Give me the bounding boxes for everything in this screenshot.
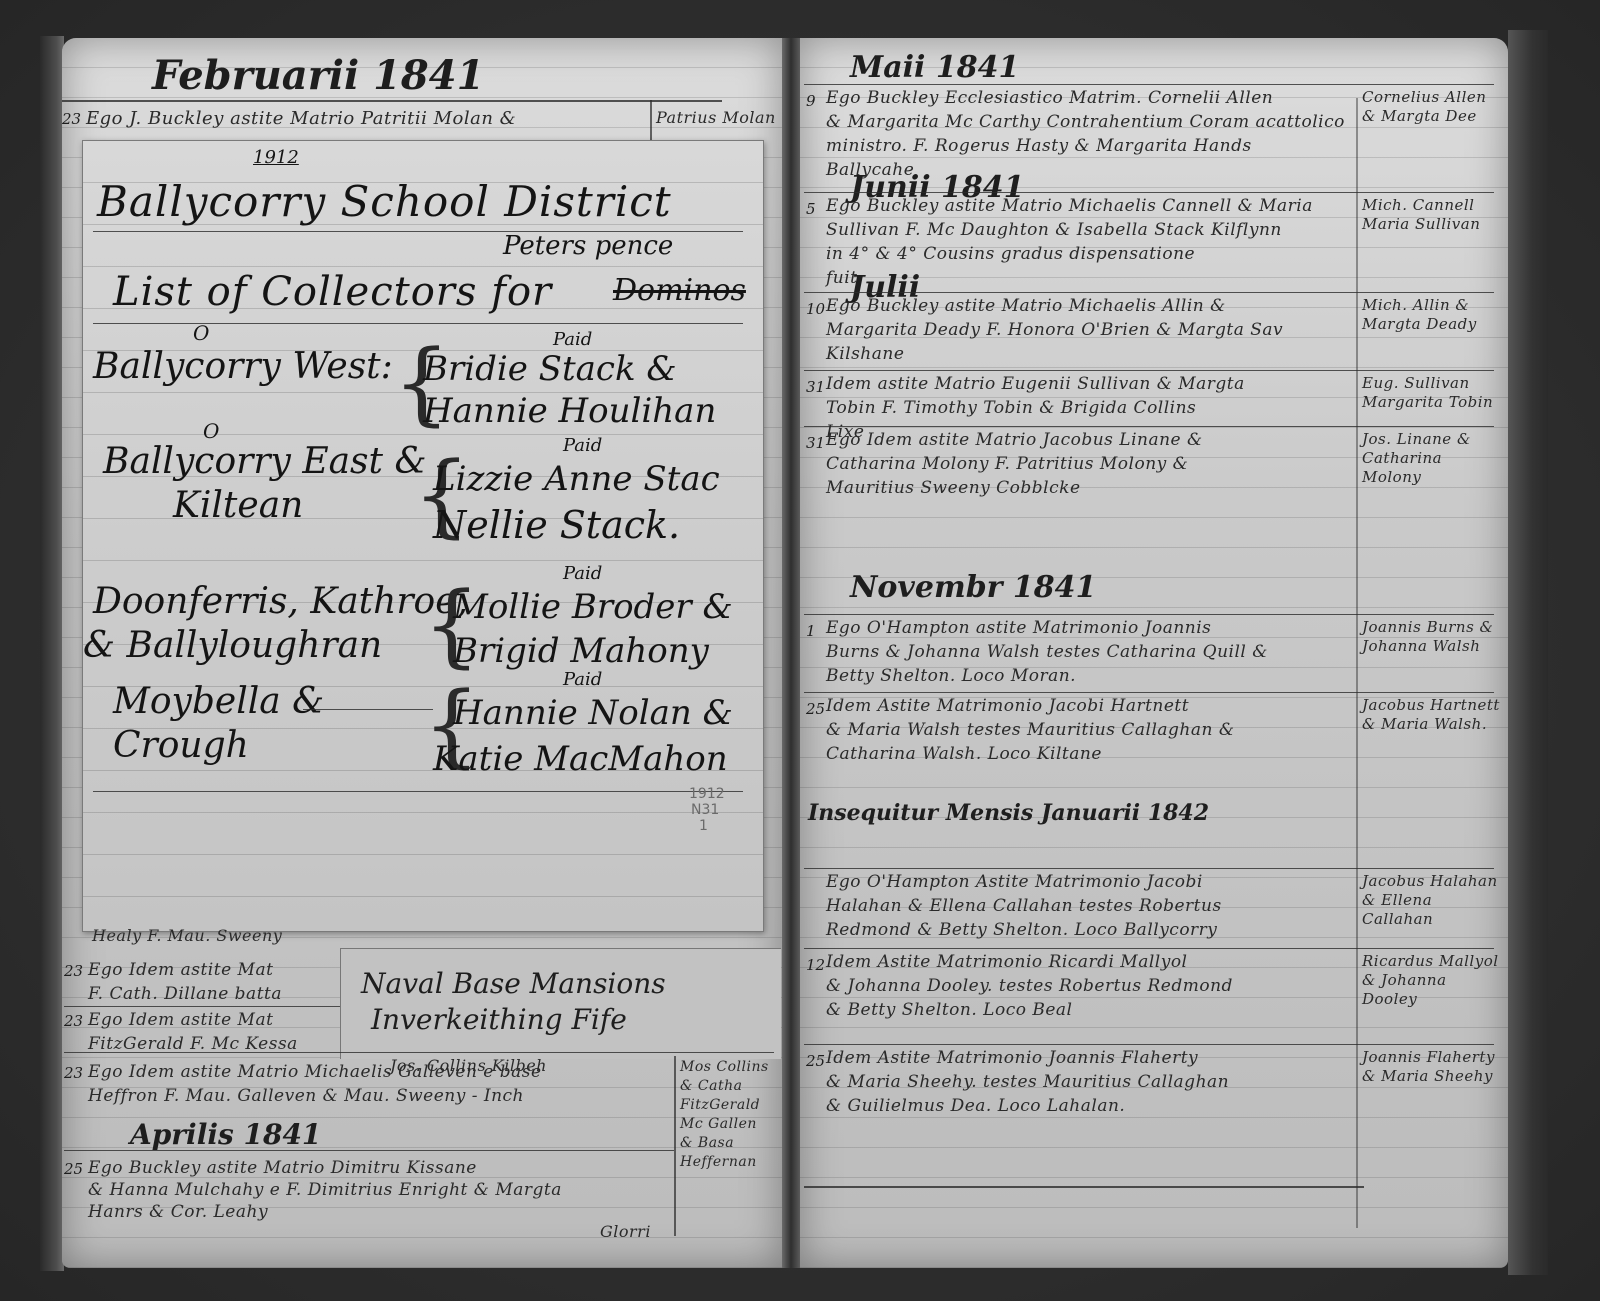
- paid-status: Paid: [563, 435, 602, 456]
- collector-name: Brigid Mahony: [453, 631, 709, 671]
- entry-day: 23: [64, 962, 83, 980]
- month-header: Insequitur Mensis Januarii 1842: [808, 800, 1209, 826]
- paid-status: Paid: [563, 563, 602, 584]
- entry-text: Ego Idem astite Mat: [88, 960, 273, 980]
- district-mark: O: [193, 321, 209, 345]
- entry-day: 25: [64, 1160, 83, 1178]
- note-line: Naval Base Mansions: [361, 967, 666, 1000]
- entry-margin-name: Patrius Molan &: [656, 108, 796, 127]
- entry-line: Kilshane: [826, 344, 904, 364]
- entry-margin-name: Mos Collins & Catha FitzGerald Mc Gallen…: [680, 1058, 770, 1172]
- entry-margin-name: Jacobus Hartnett & Maria Walsh.: [1362, 696, 1502, 734]
- entry-text: & Hanna Mulchahy e F. Dimitrius Enright …: [88, 1180, 562, 1200]
- entry-rule: [804, 868, 1494, 869]
- entry-day: 1: [806, 622, 816, 640]
- district-name-line2: & Ballyloughran: [83, 625, 382, 666]
- entry-line: Idem Astite Matrimonio Ricardi Mallyol: [826, 952, 1188, 972]
- entry-line: & Guilielmus Dea. Loco Lahalan.: [826, 1096, 1125, 1116]
- paid-status: Paid: [553, 329, 592, 350]
- margin-divider: [674, 1056, 676, 1236]
- entry-text: Ego J. Buckley astite Matrio Patritii Mo…: [86, 108, 516, 129]
- collector-name: Hannie Houlihan: [423, 391, 716, 431]
- entry-margin-name: Mich. Allin & Margta Deady: [1362, 296, 1502, 334]
- slip-inserted-text: Peters pence: [503, 231, 673, 261]
- book-gutter: [782, 38, 800, 1268]
- entry-rule: [804, 426, 1494, 427]
- entry-line: Idem Astite Matrimonio Joannis Flaherty: [826, 1048, 1198, 1068]
- entry-margin-name: Joannis Burns & Johanna Walsh: [1362, 618, 1502, 656]
- subtitle-underline: [93, 323, 743, 324]
- collector-name: Lizzie Anne Stac: [433, 459, 720, 499]
- entry-day: 25: [806, 700, 825, 718]
- connector-line: [303, 709, 433, 710]
- entry-line: & Johanna Dooley. testes Robertus Redmon…: [826, 976, 1233, 996]
- entry-text: F. Cath. Dillane batta: [88, 984, 282, 1004]
- entry-line: Ego O'Hampton Astite Matrimonio Jacobi: [826, 872, 1203, 892]
- month-header-aprilis: Aprilis 1841: [130, 1118, 321, 1151]
- district-name: Ballycorry East &: [103, 441, 427, 482]
- pasted-collectors-slip: 1912 Ballycorry School District Peters p…: [82, 140, 764, 932]
- entry-line: Tobin F. Timothy Tobin & Brigida Collins: [826, 398, 1196, 418]
- entry-line: & Betty Shelton. Loco Beal: [826, 1000, 1072, 1020]
- entry-line: Ego Buckley astite Matrio Michaelis Alli…: [826, 296, 1226, 316]
- district-name-line2: Crough: [113, 725, 249, 766]
- entry-margin-name: Mich. Cannell Maria Sullivan: [1362, 196, 1502, 234]
- paid-status: Paid: [563, 669, 602, 690]
- entry-rule: [804, 192, 1494, 193]
- collector-name: Nellie Stack.: [433, 503, 680, 547]
- month-header-februarii: Februarii 1841: [152, 52, 484, 99]
- entry-line: Idem astite Matrio Eugenii Sullivan & Ma…: [826, 374, 1245, 394]
- entry-rule: [804, 370, 1494, 371]
- closing-rule: [804, 1186, 1364, 1188]
- entry-text: Ego Buckley astite Matrio Dimitru Kissan…: [88, 1158, 477, 1178]
- entry-day: 23: [62, 110, 81, 128]
- entry-margin-name: Jacobus Halahan & Ellena Callahan: [1362, 872, 1502, 929]
- entry-line: in 4° & 4° Cousins gradus dispensatione: [826, 244, 1195, 264]
- entry-day: 12: [806, 956, 825, 974]
- entry-rule: [804, 1044, 1494, 1045]
- entry-text: Heffron F. Mau. Galleven & Mau. Sweeny -…: [88, 1086, 524, 1106]
- district-name: Doonferris, Kathroe,: [93, 581, 468, 622]
- entry-line: Mauritius Sweeny Cobblcke: [826, 478, 1081, 498]
- entry-day: 9: [806, 92, 816, 110]
- slip-subtitle: List of Collectors for: [113, 269, 552, 315]
- entry-rule: [64, 1052, 774, 1053]
- entry-margin-name: Cornelius Allen & Margta Dee: [1362, 88, 1502, 126]
- entry-text: Healy F. Mau. Sweeny: [92, 926, 282, 945]
- pencil-note: N31: [691, 802, 719, 818]
- entry-day: 25: [806, 1052, 825, 1070]
- entry-line: Ego Buckley astite Matrio Michaelis Cann…: [826, 196, 1313, 216]
- entry-rule: [64, 1150, 674, 1151]
- entry-text: FitzGerald F. Mc Kessa: [88, 1034, 298, 1054]
- slip-bottom-rule: [93, 791, 743, 792]
- month-header: Novembr 1841: [850, 570, 1096, 605]
- slip-year: 1912: [253, 147, 299, 168]
- entry-rule: [804, 84, 1494, 85]
- district-name: Moybella &: [113, 681, 324, 722]
- note-line: Inverkeithing Fife: [371, 1003, 627, 1036]
- entry-line: Ego Buckley Ecclesiastico Matrim. Cornel…: [826, 88, 1273, 108]
- entry-line: Ego Idem astite Matrio Jacobus Linane &: [826, 430, 1203, 450]
- collector-name: Katie MacMahon: [433, 739, 728, 779]
- district-mark: O: [203, 419, 219, 443]
- entry-text: Hanrs & Cor. Leahy: [88, 1202, 268, 1222]
- entry-margin-name: Jos. Linane & Catharina Molony: [1362, 430, 1502, 487]
- slip-struck-word: Dominos: [613, 273, 746, 308]
- entry-rule: [804, 948, 1494, 949]
- slip-title: Ballycorry School District: [97, 177, 672, 226]
- entry-day: 10: [806, 300, 825, 318]
- margin-divider: [1356, 98, 1358, 1228]
- entry-day: 23: [64, 1064, 83, 1082]
- entry-margin-name: Ricardus Mallyol & Johanna Dooley: [1362, 952, 1502, 1009]
- entry-line: Catharina Molony F. Patritius Molony &: [826, 454, 1188, 474]
- pencil-note: 1: [699, 818, 708, 834]
- entry-rule: [804, 292, 1494, 293]
- pasted-address-note: Naval Base Mansions Inverkeithing Fife: [340, 948, 781, 1059]
- entry-line: Catharina Walsh. Loco Kiltane: [826, 744, 1102, 764]
- entry-line: Margarita Deady F. Honora O'Brien & Marg…: [826, 320, 1283, 340]
- entry-line: & Margarita Mc Carthy Contrahentium Cora…: [826, 112, 1345, 132]
- entry-day: 23: [64, 1012, 83, 1030]
- entry-line: Redmond & Betty Shelton. Loco Ballycorry: [826, 920, 1217, 940]
- entry-line: Sullivan F. Mc Daughton & Isabella Stack…: [826, 220, 1282, 240]
- header-rule: [62, 100, 722, 102]
- entry-line: Betty Shelton. Loco Moran.: [826, 666, 1076, 686]
- entry-day: 31: [806, 378, 825, 396]
- entry-line: Ego O'Hampton astite Matrimonio Joannis: [826, 618, 1211, 638]
- collector-name: Mollie Broder &: [453, 587, 733, 627]
- entry-day: 5: [806, 200, 816, 218]
- entry-text: Ego Idem astite Matrio Michaelis Galleve…: [88, 1062, 542, 1082]
- district-name: Ballycorry West:: [93, 346, 393, 387]
- collector-name: Bridie Stack &: [423, 349, 677, 389]
- entry-day: 31: [806, 434, 825, 452]
- book-edge-left: [40, 36, 64, 1271]
- entry-rule: [804, 614, 1494, 615]
- entry-line: Halahan & Ellena Callahan testes Robertu…: [826, 896, 1222, 916]
- entry-line: & Maria Walsh testes Mauritius Callaghan…: [826, 720, 1234, 740]
- entry-rule: [804, 692, 1494, 693]
- entry-line: & Maria Sheehy. testes Mauritius Callagh…: [826, 1072, 1229, 1092]
- entry-text: Glorri: [600, 1222, 651, 1241]
- margin-divider: [650, 100, 652, 140]
- entry-line: ministro. F. Rogerus Hasty & Margarita H…: [826, 136, 1252, 156]
- entry-margin-name: Eug. Sullivan Margarita Tobin: [1362, 374, 1502, 412]
- entry-rule: [64, 1006, 344, 1007]
- book-edge-right: [1508, 30, 1548, 1275]
- district-name-line2: Kiltean: [173, 485, 303, 526]
- month-header: Maii 1841: [850, 50, 1019, 85]
- entry-margin-name: Joannis Flaherty & Maria Sheehy: [1362, 1048, 1502, 1086]
- entry-line: Burns & Johanna Walsh testes Catharina Q…: [826, 642, 1268, 662]
- entry-line: Idem Astite Matrimonio Jacobi Hartnett: [826, 696, 1189, 716]
- pencil-note: 1912: [689, 786, 725, 802]
- collector-name: Hannie Nolan &: [453, 693, 733, 733]
- entry-text: Ego Idem astite Mat: [88, 1010, 273, 1030]
